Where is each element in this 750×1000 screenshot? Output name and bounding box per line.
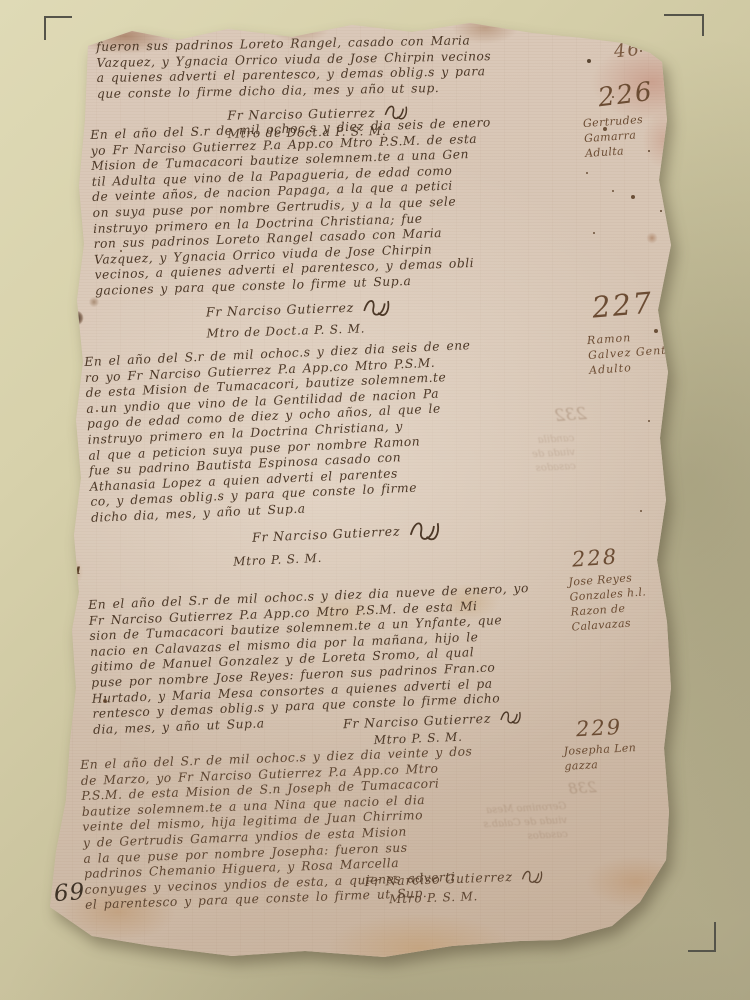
entry-number-228: 228 (571, 544, 619, 571)
entry-margin-note-229: Josepha Len gazza (563, 740, 637, 774)
register-entry-227: En el año del S.r de mil ochoc.s y diez … (84, 333, 593, 574)
bleed-through-text: candila viuda de casados (531, 432, 576, 476)
rubric-flourish-icon (499, 707, 524, 728)
folio-number-bottom: 69 (53, 879, 86, 907)
foxing-speckles (0, 0, 2, 2)
bleed-through-number: 238 (567, 778, 597, 798)
paper-sheet-wrap: fueron sus padrinos Loreto Rangel, casad… (0, 0, 750, 1000)
entry-number-229: 229 (575, 715, 622, 741)
left-margin-note: Pu (60, 562, 81, 578)
entry-margin-name-227: Ramon Galvez Gentil Adulto (587, 327, 678, 378)
bleed-through-number: 232 (554, 404, 588, 426)
entry-number-226: 226 (596, 77, 655, 114)
folio-number-top: 46 (613, 39, 642, 63)
register-entry-228: En el año del S.r de mil ochoc.s y diez … (88, 578, 609, 758)
manuscript-paper: fueron sus padrinos Loreto Rangel, casad… (0, 0, 750, 1000)
entry-body: En el año del S.r de mil ochoc.s y diez … (90, 112, 600, 299)
rubric-flourish-icon (520, 866, 545, 887)
manuscript-photo: fueron sus padrinos Loreto Rangel, casad… (0, 0, 750, 1000)
entry-body: En el año del S.r de mil ochoc.s y diez … (84, 333, 591, 526)
register-entry-226: En el año del S.r de mil ochoc.s y diez … (90, 112, 602, 343)
signature-name: Fr Narciso Gutierrez (343, 710, 492, 731)
entry-margin-note-227: Ramon Galvez Gentil Adulto (587, 327, 678, 378)
entry-margin-note-228: Jose Reyes Gonzales h.l. Razon de Calava… (568, 569, 649, 634)
entry-number-227: 227 (591, 285, 655, 324)
rubric-flourish-icon (408, 514, 443, 545)
signature-name: Fr Narciso Gutierrez (206, 300, 355, 320)
entry-margin-note-226: Gertrudes Gamarra Adulta (583, 112, 646, 161)
bleed-through-text: Geronimo Mesa viuda de Calab.s casados (482, 800, 568, 846)
signature-name: Fr Narciso Gutierrez (252, 523, 401, 544)
entry-body: fueron sus padrinos Loreto Rangel, casad… (96, 32, 577, 103)
rubric-flourish-icon (362, 293, 393, 320)
